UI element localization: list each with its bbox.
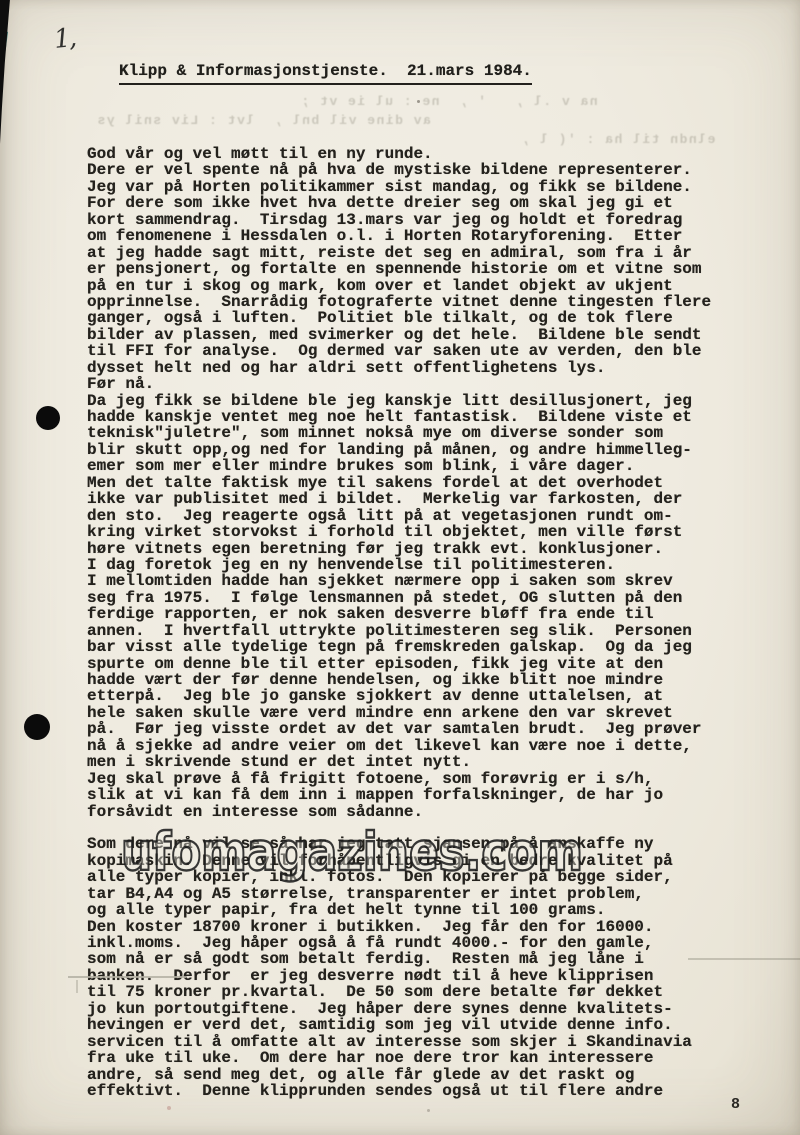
paper-speck	[417, 100, 420, 103]
scan-streak	[76, 980, 78, 993]
bleedthrough-text: elndn til ha : '( l ,	[520, 132, 715, 147]
watermark: ufomagazines.com	[106, 816, 598, 899]
document-body-text: God vår og vel møtt til en ny runde. Der…	[87, 146, 711, 1099]
hole-punch-mark	[36, 406, 60, 430]
scanned-document-page: 1, Klipp & Informasjonstjenste. 21.mars …	[0, 0, 800, 1135]
scan-streak	[68, 976, 186, 978]
scan-streak	[688, 958, 800, 960]
bleedthrough-text: av dine vil bnl , lvt : Liv snil ys	[96, 113, 431, 128]
scan-edge-artifact	[0, 0, 16, 150]
paper-speck	[167, 1106, 171, 1110]
bleedthrough-text: na v .l , ' , ne : ul ie vt ;	[300, 94, 598, 109]
document-title: Klipp & Informasjonstjenste. 21.mars 198…	[119, 62, 532, 85]
watermark-text: ufomagazines.com	[121, 822, 583, 883]
paper-speck	[427, 1109, 430, 1112]
page-number: 8	[731, 1096, 740, 1113]
handwritten-page-mark: 1,	[52, 23, 76, 55]
hole-punch-mark	[24, 714, 50, 740]
